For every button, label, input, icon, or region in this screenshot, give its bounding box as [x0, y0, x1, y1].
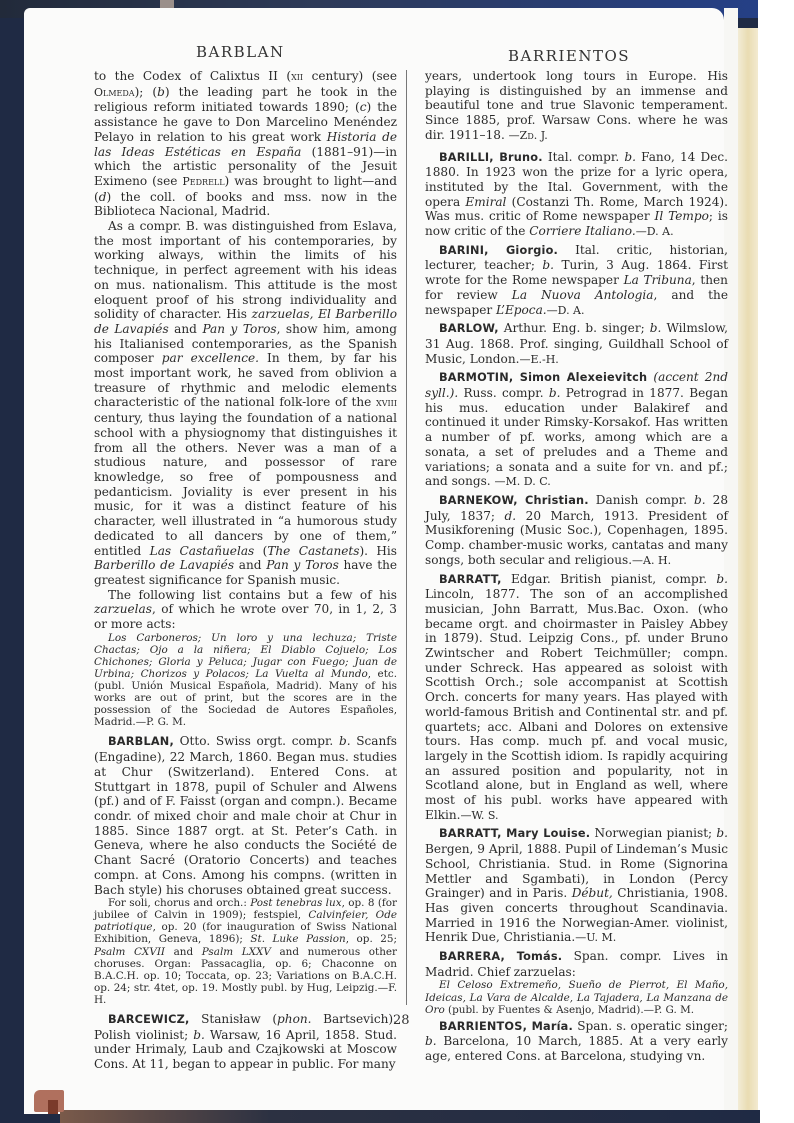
text: b.: [716, 826, 728, 840]
work-titles: Los Carboneros; Un loro y una lechuza; T…: [94, 632, 397, 680]
work-title: Corriere Italiano.: [529, 224, 635, 238]
contributor-signature: —A. H.: [632, 554, 671, 567]
text: The following list contains but a few of…: [108, 588, 397, 602]
text: (: [254, 544, 267, 558]
work-title: Pan y Toros: [266, 558, 339, 572]
work-title: The Castanets: [267, 544, 359, 558]
text: (publ. by Fuentes & Asenjo, Madrid).—P. …: [445, 1004, 694, 1016]
text: Russ. compr.: [458, 386, 549, 400]
work-title: St. Luke Passion: [250, 933, 345, 945]
headword: BARRIENTOS,: [439, 1020, 527, 1033]
text: xii: [291, 70, 303, 83]
text: and: [169, 322, 203, 336]
text: Danish compr.: [589, 493, 694, 507]
entry-barilli-bruno: BARILLI, Bruno. Ital. compr. b. Fano, 14…: [425, 150, 728, 240]
headword: BARLOW,: [439, 322, 499, 335]
paragraph: The following list contains but a few of…: [94, 588, 397, 632]
text: Edgar. British pianist, compr.: [502, 572, 717, 586]
entry-barrientos-maria: BARRIENTOS, María. Span. s. operatic sin…: [425, 1019, 728, 1064]
contributor-signature: —M. D. C.: [495, 475, 551, 488]
headword-name: María.: [527, 1020, 573, 1033]
work-title: L’Epoca.: [496, 303, 547, 317]
text: century) (see: [303, 69, 397, 83]
text: ); (: [135, 85, 158, 99]
headword: BARRERA,: [439, 950, 505, 963]
headword-name: Christian.: [518, 494, 589, 507]
right-column: years, undertook long tours in Europe. H…: [425, 69, 728, 1064]
paragraph: As a compr. B. was distinguished from Es…: [94, 219, 397, 588]
work-title: Post tenebras lux: [250, 897, 341, 909]
work-title: Barberillo de Lavapiés: [94, 558, 234, 572]
entry-barrera-tomas: BARRERA, Tomás. Span. compr. Lives in Ma…: [425, 949, 728, 979]
work-title: Il Tempo: [655, 209, 709, 223]
headword: BARRATT,: [439, 827, 502, 840]
headword-name: Tomás.: [505, 950, 562, 963]
work-title: Emiral: [465, 195, 506, 209]
works-list: For soli, chorus and orch.: Post tenebra…: [94, 897, 397, 1006]
entry-barini-giorgio: BARINI, Giorgio. Ital. critic, historian…: [425, 243, 728, 319]
contributor-signature: —U. M.: [575, 931, 616, 944]
running-head-left: BARBLAN: [196, 43, 285, 61]
headword-name: Simon Alexeievitch: [513, 371, 647, 384]
text: b: [157, 85, 165, 99]
text: Ital. compr.: [543, 150, 625, 164]
text: Span. s. operatic singer;: [573, 1019, 728, 1033]
text: , op. 25;: [346, 933, 397, 945]
headword: BARRATT,: [439, 573, 502, 586]
entry-barnekow-christian: BARNEKOW, Christian. Danish compr. b. 28…: [425, 493, 728, 569]
entry-barcewicz-stanislaw: BARCEWICZ, Stanisław (phon. Bartsevich).…: [94, 1012, 397, 1072]
text: xviii: [376, 396, 397, 409]
text: Petrograd in 1877. Began his mus. educat…: [425, 386, 728, 488]
photo-background-right: [758, 0, 794, 1123]
text: b.: [193, 1028, 205, 1042]
headword: BARINI,: [439, 244, 489, 257]
text: ). His: [359, 544, 397, 558]
headword-name: Mary Louise.: [502, 827, 591, 840]
text: For soli, chorus and orch.:: [108, 897, 250, 909]
text: b.: [339, 734, 351, 748]
work-title: Psalm CXVII: [94, 946, 165, 958]
text: phon.: [277, 1012, 311, 1026]
work-title: Psalm LXXV: [202, 946, 271, 958]
text: Barcelona, 10 March, 1885. At a very ear…: [425, 1034, 728, 1063]
contributor-signature: —Zd. J.: [509, 129, 548, 142]
work-title: La Nuova Antologia: [512, 288, 654, 302]
text: and: [165, 946, 202, 958]
headword-name: Giorgio.: [489, 244, 558, 257]
text: Début,: [572, 886, 613, 900]
headword-name: Bruno.: [494, 151, 543, 164]
text: b.: [650, 321, 662, 335]
work-title: La Tribuna: [624, 273, 692, 287]
photo-background-bottom: [60, 1110, 760, 1123]
text: Lincoln, 1877. The son of an accomplishe…: [425, 587, 728, 822]
entry-barmotin-simon: BARMOTIN, Simon Alexeievitch (accent 2nd…: [425, 370, 728, 490]
headword: BARNEKOW,: [439, 494, 518, 507]
text: and: [234, 558, 266, 572]
headword: BARCEWICZ,: [108, 1013, 190, 1026]
text: Norwegian pianist;: [590, 826, 716, 840]
left-column: to the Codex of Calixtus II (xii century…: [94, 69, 397, 1072]
column-divider: [406, 70, 407, 1005]
works-list: El Celoso Extremeño, Sueño de Pierrot, E…: [425, 979, 728, 1015]
text: As a compr. B. was distinguished from Es…: [94, 219, 397, 321]
works-list: Los Carboneros; Un loro y una lechuza; T…: [94, 632, 397, 729]
text: d.: [505, 509, 517, 523]
headword: BARMOTIN,: [439, 371, 513, 384]
contributor-signature: —W. S.: [461, 809, 499, 822]
headword: BARILLI,: [439, 151, 494, 164]
text: b.: [624, 150, 636, 164]
text: Otto. Swiss orgt. compr.: [174, 734, 339, 748]
cross-reference: Pedrell: [182, 175, 224, 188]
text: ) the coll. of books and mss. now in the…: [94, 190, 397, 219]
entry-barratt-edgar: BARRATT, Edgar. British pianist, compr. …: [425, 572, 728, 824]
entry-barblan-otto: BARBLAN, Otto. Swiss orgt. compr. b. Sca…: [94, 734, 397, 897]
text: zarzuelas: [94, 602, 152, 616]
continued-entry: to the Codex of Calixtus II (xii century…: [94, 69, 397, 219]
continued-entry: years, undertook long tours in Europe. H…: [425, 69, 728, 144]
text: Stanisław (: [190, 1012, 278, 1026]
page-number: 28: [393, 1013, 410, 1028]
thumb-shadow: [48, 1100, 58, 1114]
work-title: Las Castañuelas: [150, 544, 255, 558]
text: b.: [425, 1034, 437, 1048]
text: b.: [549, 386, 561, 400]
headword: BARBLAN,: [108, 735, 174, 748]
work-title: Pan y Toros: [202, 322, 276, 336]
text: b.: [542, 258, 554, 272]
text: to the Codex of Calixtus II (: [94, 69, 291, 83]
contributor-signature: —E.-H.: [519, 353, 558, 366]
cross-reference: Olmeda: [94, 86, 135, 99]
entry-barratt-mary-louise: BARRATT, Mary Louise. Norwegian pianist;…: [425, 826, 728, 946]
text: b.: [694, 493, 706, 507]
contributor-signature: —D. A.: [547, 304, 585, 317]
text: par excellence.: [162, 351, 259, 365]
text: Scanfs (Engadine), 22 March, 1860. Began…: [94, 734, 397, 896]
page-edge-stack: [738, 28, 758, 1120]
text: Arthur. Eng. b. singer;: [499, 321, 650, 335]
text: years, undertook long tours in Europe. H…: [425, 69, 728, 142]
text: b.: [716, 572, 728, 586]
text: century, thus laying the foundation of a…: [94, 411, 397, 557]
entry-barlow-arthur: BARLOW, Arthur. Eng. b. singer; b. Wilms…: [425, 321, 728, 367]
running-head-right: BARRIENTOS: [508, 47, 630, 65]
contributor-signature: —D. A.: [636, 225, 674, 238]
